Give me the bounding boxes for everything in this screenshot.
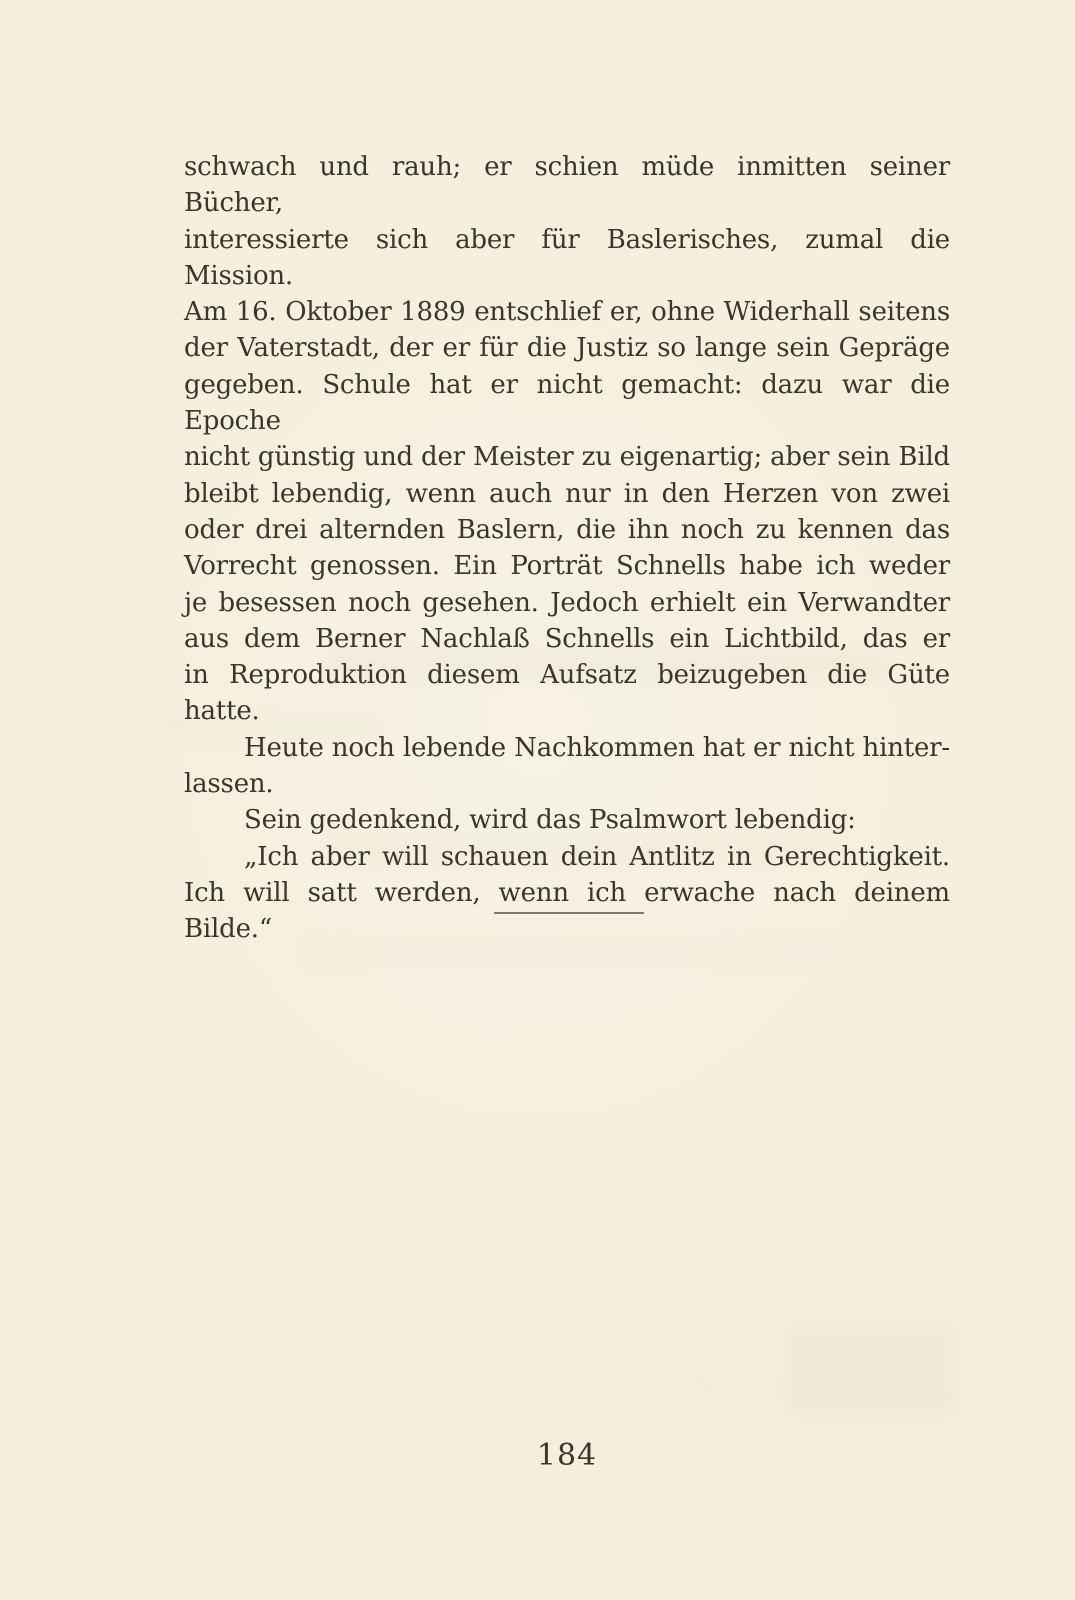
show-through-stain <box>780 1320 960 1420</box>
page-number: 184 <box>184 1438 950 1473</box>
text-line: Vorrecht genossen. Ein Porträt Schnells … <box>184 548 950 584</box>
text-line: interessierte sich aber für Baslerisches… <box>184 222 950 295</box>
text-line: aus dem Berner Nachlaß Schnells ein Lich… <box>184 621 950 657</box>
scanned-book-page: schwach und rauh; er schien müde inmitte… <box>0 0 1075 1600</box>
text-line: je besessen noch gesehen. Jedoch erhielt… <box>184 585 950 621</box>
text-line: Sein gedenkend, wird das Psalmwort leben… <box>184 802 950 838</box>
text-line: „Ich aber will schauen dein Antlitz in G… <box>184 839 950 875</box>
text-line: gegeben. Schule hat er nicht gemacht: da… <box>184 367 950 440</box>
text-line: lassen. <box>184 766 950 802</box>
show-through-stain <box>480 1372 720 1398</box>
body-text: schwach und rauh; er schien müde inmitte… <box>184 149 950 948</box>
text-line: schwach und rauh; er schien müde inmitte… <box>184 149 950 222</box>
text-line: nicht günstig und der Meister zu eigenar… <box>184 439 950 475</box>
text-line: Am 16. Oktober 1889 entschlief er, ohne … <box>184 294 950 330</box>
text-line: Heute noch lebende Nachkommen hat er nic… <box>184 730 950 766</box>
section-divider-rule <box>494 912 644 914</box>
text-line: der Vaterstadt, der er für die Justiz so… <box>184 330 950 366</box>
text-line: bleibt lebendig, wenn auch nur in den He… <box>184 476 950 512</box>
text-line: oder drei alternden Baslern, die ihn noc… <box>184 512 950 548</box>
text-line: in Reproduktion diesem Aufsatz beizugebe… <box>184 657 950 730</box>
